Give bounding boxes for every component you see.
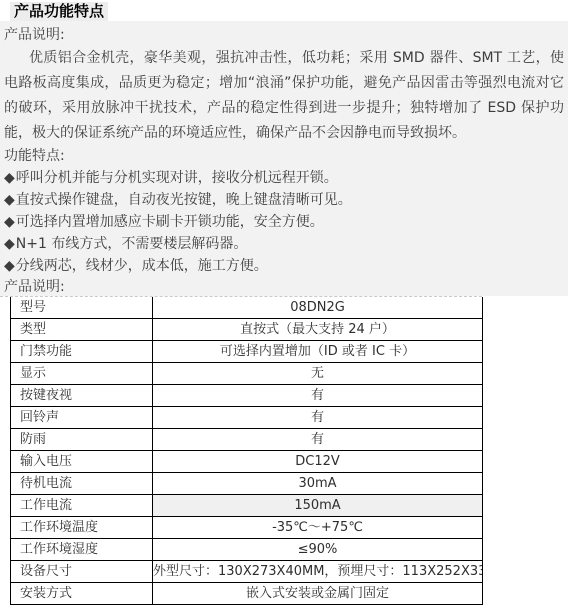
table-row: 设备尺寸 外型尺寸：130X273X40MM，预埋尺寸：113X252X33MM [11, 561, 483, 583]
table-row: 工作电流 150mA [11, 495, 483, 517]
description-paragraph: 优质铝合金机壳，豪华美观，强抗冲击性，低功耗；采用 SMD 器件、SMT 工艺，… [4, 46, 564, 146]
spec-value-cell: 有 [153, 429, 483, 451]
description-label: 产品说明: [4, 25, 564, 46]
spec-label-cell: 输入电压 [11, 451, 153, 473]
feature-item: ◆呼叫分机并能与分机实现对讲，接收分机远程开锁。 [4, 167, 564, 189]
spec-label-cell: 类型 [11, 319, 153, 341]
diamond-bullet-icon: ◆ [4, 170, 15, 186]
table-row: 型号 08DN2G [11, 297, 483, 319]
features-list: ◆呼叫分机并能与分机实现对讲，接收分机远程开锁。 ◆直按式操作键盘，自动夜光按键… [4, 167, 564, 277]
table-row: 按键夜视 有 [11, 385, 483, 407]
spec-value-cell: 无 [153, 363, 483, 385]
page-title: 产品功能特点 [10, 2, 108, 21]
spec-label-cell: 按键夜视 [11, 385, 153, 407]
spec-value-cell: 有 [153, 407, 483, 429]
spec-label-cell: 门禁功能 [11, 341, 153, 363]
table-row: 工作环境湿度 ≤90% [11, 539, 483, 561]
table-row: 回铃声 有 [11, 407, 483, 429]
feature-item: ◆分线两芯，线材少，成本低，施工方便。 [4, 255, 564, 277]
spec-value-cell: 150mA [153, 495, 483, 517]
feature-item: ◆直按式操作键盘，自动夜光按键，晚上键盘清晰可见。 [4, 189, 564, 211]
table-row: 防雨 有 [11, 429, 483, 451]
product-description-section: 产品说明: 优质铝合金机壳，豪华美观，强抗冲击性，低功耗；采用 SMD 器件、S… [0, 21, 568, 296]
feature-item-text: 呼叫分机并能与分机实现对讲，接收分机远程开锁。 [16, 170, 338, 186]
spec-value-cell: 可选择内置增加（ID 或者 IC 卡） [153, 341, 483, 363]
product-detail-page: 产品功能特点 产品说明: 优质铝合金机壳，豪华美观，强抗冲击性，低功耗；采用 S… [0, 0, 587, 609]
table-row: 安装方式 嵌入式安装或金属门固定 [11, 583, 483, 605]
spec-label-cell: 工作环境温度 [11, 517, 153, 539]
table-row: 待机电流 30mA [11, 473, 483, 495]
spec-value-cell: 30mA [153, 473, 483, 495]
feature-item-text: N+1 布线方式，不需要楼层解码器。 [16, 236, 248, 252]
spec-value-cell: 有 [153, 385, 483, 407]
feature-item: ◆N+1 布线方式，不需要楼层解码器。 [4, 233, 564, 255]
spec-value-cell: DC12V [153, 451, 483, 473]
table-row: 类型 直按式（最大支持 24 户） [11, 319, 483, 341]
spec-value-cell: 直按式（最大支持 24 户） [153, 319, 483, 341]
spec-value-cell: 08DN2G [153, 297, 483, 319]
diamond-bullet-icon: ◆ [4, 214, 15, 230]
feature-item: ◆可选择内置增加感应卡刷卡开锁功能，安全方便。 [4, 211, 564, 233]
spec-label-cell: 工作电流 [11, 495, 153, 517]
table-row: 显示 无 [11, 363, 483, 385]
spec-value-cell: -35℃～+75℃ [153, 517, 483, 539]
spec-label-cell: 回铃声 [11, 407, 153, 429]
features-label: 功能特点: [4, 146, 564, 167]
spec-label-cell: 工作环境湿度 [11, 539, 153, 561]
spec-table-body: 型号 08DN2G 类型 直按式（最大支持 24 户） 门禁功能 可选择内置增加… [11, 297, 483, 605]
spec-table: 型号 08DN2G 类型 直按式（最大支持 24 户） 门禁功能 可选择内置增加… [10, 297, 483, 605]
feature-item-text: 直按式操作键盘，自动夜光按键，晚上键盘清晰可见。 [16, 192, 352, 208]
spec-label-cell: 型号 [11, 297, 153, 319]
spec-label-cell: 显示 [11, 363, 153, 385]
spec-label-cell: 防雨 [11, 429, 153, 451]
description-label-2: 产品说明: [4, 277, 564, 298]
diamond-bullet-icon: ◆ [4, 236, 15, 252]
spec-label-cell: 待机电流 [11, 473, 153, 495]
table-row: 门禁功能 可选择内置增加（ID 或者 IC 卡） [11, 341, 483, 363]
table-row: 工作环境温度 -35℃～+75℃ [11, 517, 483, 539]
spec-label-cell: 安装方式 [11, 583, 153, 605]
diamond-bullet-icon: ◆ [4, 192, 15, 208]
feature-item-text: 可选择内置增加感应卡刷卡开锁功能，安全方便。 [16, 214, 324, 230]
table-row: 输入电压 DC12V [11, 451, 483, 473]
spec-value-cell: ≤90% [153, 539, 483, 561]
spec-value-cell: 外型尺寸：130X273X40MM，预埋尺寸：113X252X33MM [153, 561, 483, 583]
feature-item-text: 分线两芯，线材少，成本低，施工方便。 [16, 258, 268, 274]
spec-value-cell: 嵌入式安装或金属门固定 [153, 583, 483, 605]
diamond-bullet-icon: ◆ [4, 258, 15, 274]
spec-label-cell: 设备尺寸 [11, 561, 153, 583]
